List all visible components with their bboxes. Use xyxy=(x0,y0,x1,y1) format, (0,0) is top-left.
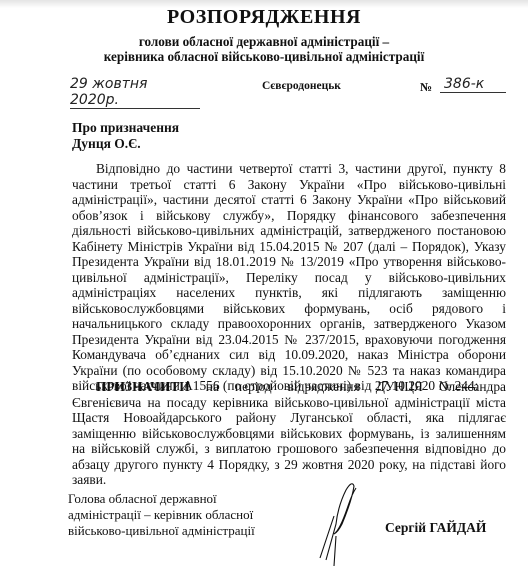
subject-line1: Про призначення xyxy=(72,120,179,136)
subject-heading: Про призначення Дунця О.Є. xyxy=(72,120,179,152)
order-text: на період відрядження ДУНЦЯ Олександра Є… xyxy=(72,379,506,487)
document-title: РОЗПОРЯДЖЕННЯ xyxy=(0,6,528,29)
signatory-title-line1: Голова обласної державної xyxy=(68,491,255,507)
signatory-name: Сергій ГАЙДАЙ xyxy=(385,520,486,536)
preamble-paragraph: Відповідно до частини четвертої статті 3… xyxy=(72,161,506,394)
document-subtitle-line1: голови обласної державної адміністрації … xyxy=(0,34,528,49)
handwritten-signature-icon xyxy=(312,476,372,566)
signatory-title: Голова обласної державної адміністрації … xyxy=(68,491,255,539)
number-label: № xyxy=(420,80,432,95)
signatory-title-line2: адміністрації – керівник обласної xyxy=(68,507,255,523)
signatory-title-line3: військово-цивільної адміністрації xyxy=(68,523,255,539)
handwritten-date: 29 жовтня 2020р. xyxy=(70,76,200,109)
subject-line2: Дунця О.Є. xyxy=(72,136,179,152)
issue-city: Сєвєродонецьк xyxy=(262,80,341,92)
order-paragraph: ПРИЗНАЧИТИ на період відрядження ДУНЦЯ О… xyxy=(72,379,506,488)
document-subtitle-line2: керівника обласної військово-цивільної а… xyxy=(0,49,528,64)
order-verb: ПРИЗНАЧИТИ xyxy=(96,379,190,394)
handwritten-number: 386-к xyxy=(440,76,506,93)
